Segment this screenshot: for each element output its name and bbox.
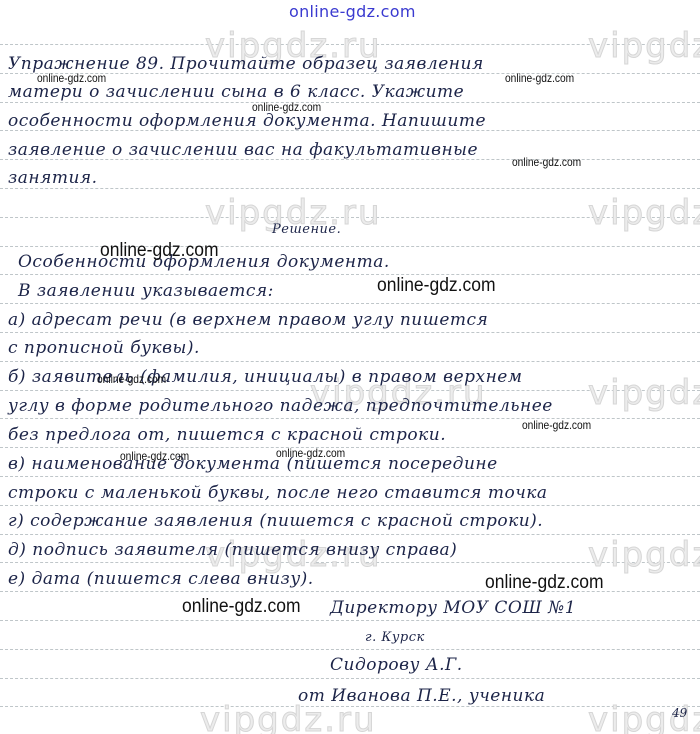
ghost-watermark: vipgdz — [588, 26, 700, 66]
site-watermark: online-gdz.com — [522, 418, 591, 432]
site-watermark: online-gdz.com — [512, 155, 581, 169]
ruled-line — [0, 188, 700, 189]
addressee-line: Директору МОУ СОШ №1 — [330, 598, 576, 618]
solution-line: строки с маленькой буквы, после него ста… — [8, 483, 548, 503]
ghost-watermark: vipgdz — [588, 535, 700, 575]
ruled-line — [0, 418, 700, 419]
site-watermark: online-gdz.com — [182, 596, 301, 618]
site-watermark: online-gdz.com — [100, 240, 219, 262]
ruled-line — [0, 678, 700, 679]
ruled-line — [0, 332, 700, 333]
addressee-city: г. Курск — [365, 630, 425, 645]
ruled-line — [0, 361, 700, 362]
site-watermark: online-gdz.com — [276, 446, 345, 460]
solution-line: б) заявитель (фамилия, инициалы) в право… — [8, 367, 522, 387]
notebook-page: vipgdz.ru vipgdz vipgdz.ru vipgdz vipgdz… — [0, 0, 700, 734]
ruled-line — [0, 620, 700, 621]
ghost-watermark: vipgdz — [588, 193, 700, 233]
solution-line: без предлога от, пишется с красной строк… — [8, 425, 446, 445]
solution-line: а) адресат речи (в верхнем правом углу п… — [8, 310, 488, 330]
site-watermark: online-gdz.com — [120, 449, 189, 463]
ghost-watermark: vipgdz — [588, 373, 700, 413]
ruled-line — [0, 274, 700, 275]
site-watermark: online-gdz.com — [252, 100, 321, 114]
applicant-line: от Иванова П.Е., ученика — [298, 686, 545, 706]
solution-intro: В заявлении указывается: — [18, 281, 274, 301]
solution-line: с прописной буквы). — [8, 338, 200, 358]
solution-line: е) дата (пишется слева внизу). — [8, 569, 314, 589]
ruled-line — [0, 303, 700, 304]
ruled-line — [0, 505, 700, 506]
solution-heading: Решение. — [272, 222, 341, 237]
task-line: матери о зачислении сына в 6 класс. Укаж… — [8, 82, 464, 102]
site-watermark: online-gdz.com — [505, 71, 574, 85]
task-line: занятия. — [8, 168, 98, 188]
solution-line: д) подпись заявителя (пишется внизу спра… — [8, 540, 457, 560]
site-watermark: online-gdz.com — [97, 372, 166, 386]
site-watermark: online-gdz.com — [377, 275, 496, 297]
ruled-line — [0, 476, 700, 477]
site-watermark: online-gdz.com — [37, 71, 106, 85]
ruled-line — [0, 447, 700, 448]
site-watermark: online-gdz.com — [485, 572, 604, 594]
task-line: особенности оформления документа. Напиши… — [8, 111, 486, 131]
solution-line: г) содержание заявления (пишется с красн… — [8, 511, 543, 531]
task-line: заявление о зачислении вас на факультати… — [8, 140, 478, 160]
page-number: 49 — [672, 706, 687, 720]
ruled-line — [0, 649, 700, 650]
addressee-name: Сидорову А.Г. — [330, 655, 463, 675]
site-watermark-top: online-gdz.com — [289, 2, 416, 21]
solution-line: углу в форме родительного падежа, предпо… — [8, 396, 553, 416]
solution-line: в) наименование документа (пишется посер… — [8, 454, 498, 474]
ruled-line — [0, 102, 700, 103]
